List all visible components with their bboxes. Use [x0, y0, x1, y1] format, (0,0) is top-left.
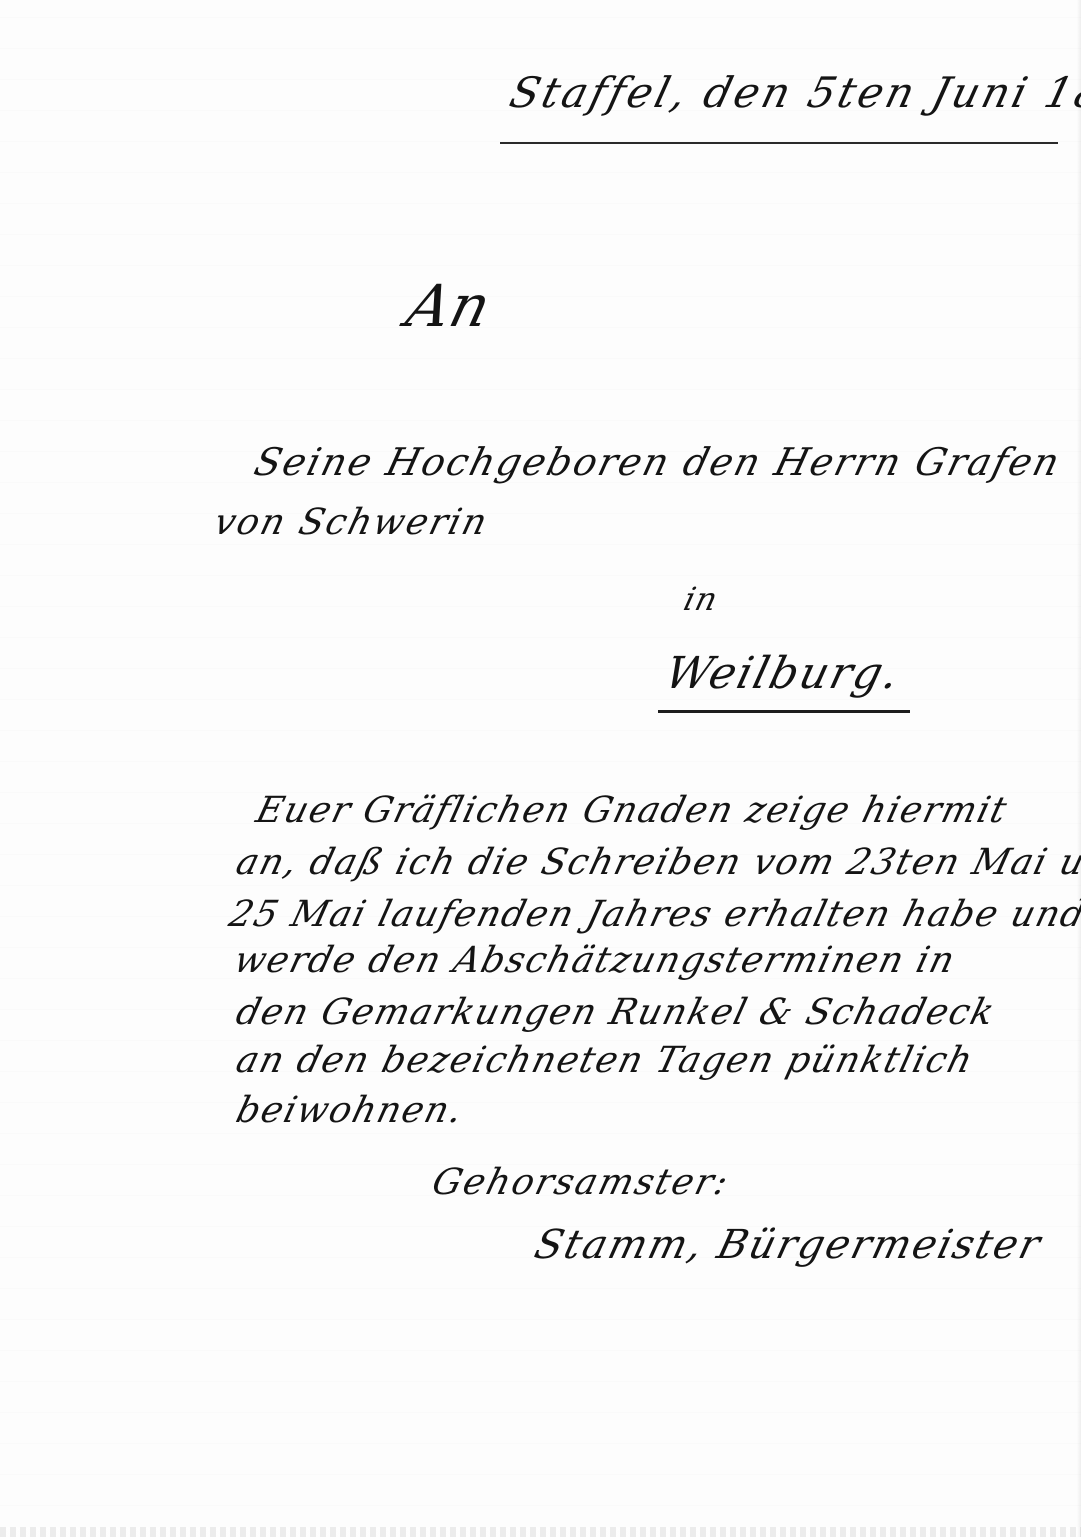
recipient-preposition: in: [680, 580, 722, 618]
salutation: An: [400, 272, 498, 340]
recipient-title: Seine Hochgeboren den Herrn Grafen: [250, 440, 1066, 484]
signature: Stamm, Bürgermeister: [530, 1222, 1047, 1268]
scan-artifact-edge: [0, 1527, 1081, 1537]
body-line: beiwohnen.: [232, 1090, 468, 1131]
body-line: werde den Abschätzungsterminen in: [230, 940, 960, 981]
scan-shadow-edge: [1077, 0, 1081, 1537]
letter-dateline: Staffel, den 5ten Juni 1886.: [505, 68, 1081, 117]
body-line: an den bezeichneten Tagen pünktlich: [232, 1040, 978, 1081]
recipient-city: Weilburg.: [660, 648, 906, 699]
recipient-name: von Schwerin: [210, 502, 493, 543]
dateline-underline: [500, 142, 1058, 144]
scanned-letter-page: Staffel, den 5ten Juni 1886. An Seine Ho…: [0, 0, 1081, 1537]
body-line: 25 Mai laufenden Jahres erhalten habe un…: [225, 894, 1081, 935]
body-line: den Gemarkungen Runkel & Schadeck: [232, 992, 1000, 1033]
city-underline: [658, 710, 910, 713]
body-line: an, daß ich die Schreiben vom 23ten Mai …: [232, 842, 1081, 883]
body-line: Euer Gräflichen Gnaden zeige hiermit: [252, 790, 1012, 831]
closing-phrase: Gehorsamster:: [428, 1162, 734, 1203]
